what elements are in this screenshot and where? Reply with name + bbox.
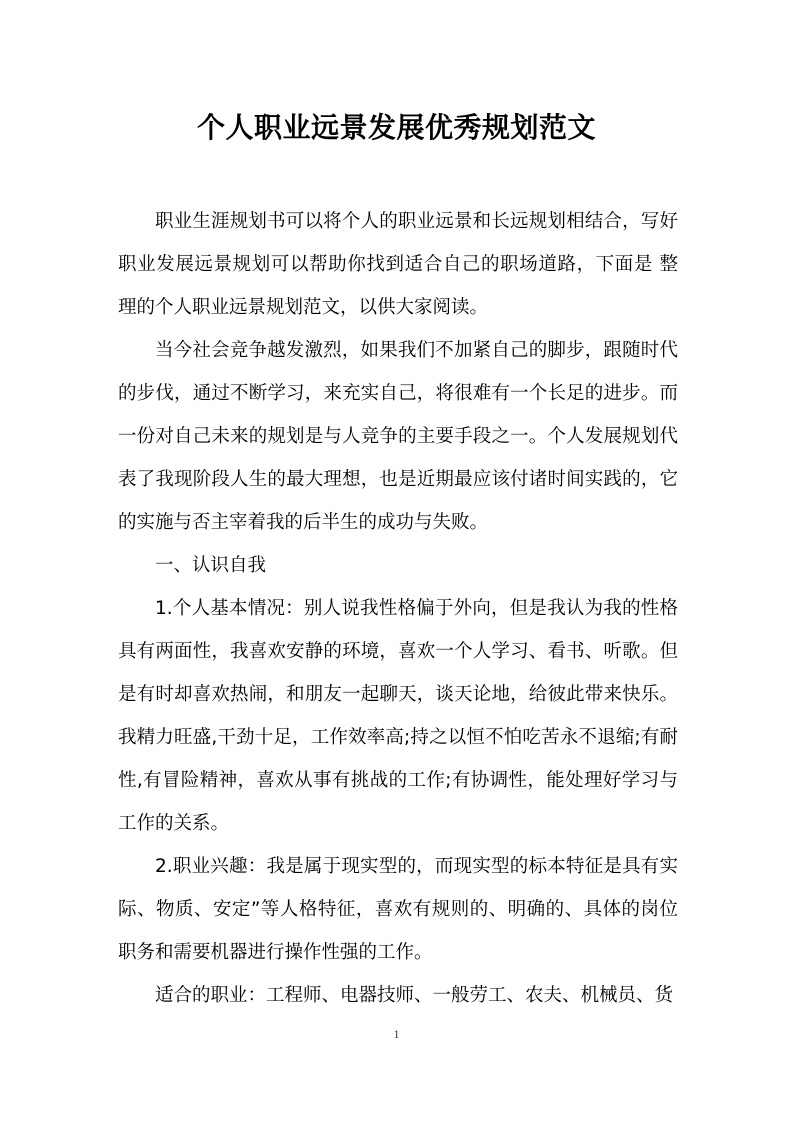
document-page: 个人职业远景发展优秀规划范文 职业生涯规划书可以将个人的职业远景和长远规划相结合…	[0, 0, 793, 1122]
paragraph-suitable-careers: 适合的职业：工程师、电器技师、一般劳工、农夫、机械员、货	[118, 974, 678, 1017]
section-heading-self-awareness: 一、认识自我	[118, 544, 678, 587]
paragraph-intro: 职业生涯规划书可以将个人的职业远景和长远规划相结合，写好职业发展远景规划可以帮助…	[118, 200, 678, 329]
paragraph-personal-basics: 1.个人基本情况：别人说我性格偏于外向，但是我认为我的性格具有两面性，我喜欢安静…	[118, 587, 678, 845]
document-body: 职业生涯规划书可以将个人的职业远景和长远规划相结合，写好职业发展远景规划可以帮助…	[118, 200, 678, 1017]
paragraph-competition: 当今社会竞争越发激烈，如果我们不加紧自己的脚步，跟随时代的步伐，通过不断学习，来…	[118, 329, 678, 544]
page-number: 1	[0, 1027, 793, 1042]
paragraph-career-interest: 2.职业兴趣：我是属于现实型的，而现实型的标本特征是具有实际、物质、安定”等人格…	[118, 845, 678, 974]
document-title: 个人职业远景发展优秀规划范文	[0, 108, 793, 148]
